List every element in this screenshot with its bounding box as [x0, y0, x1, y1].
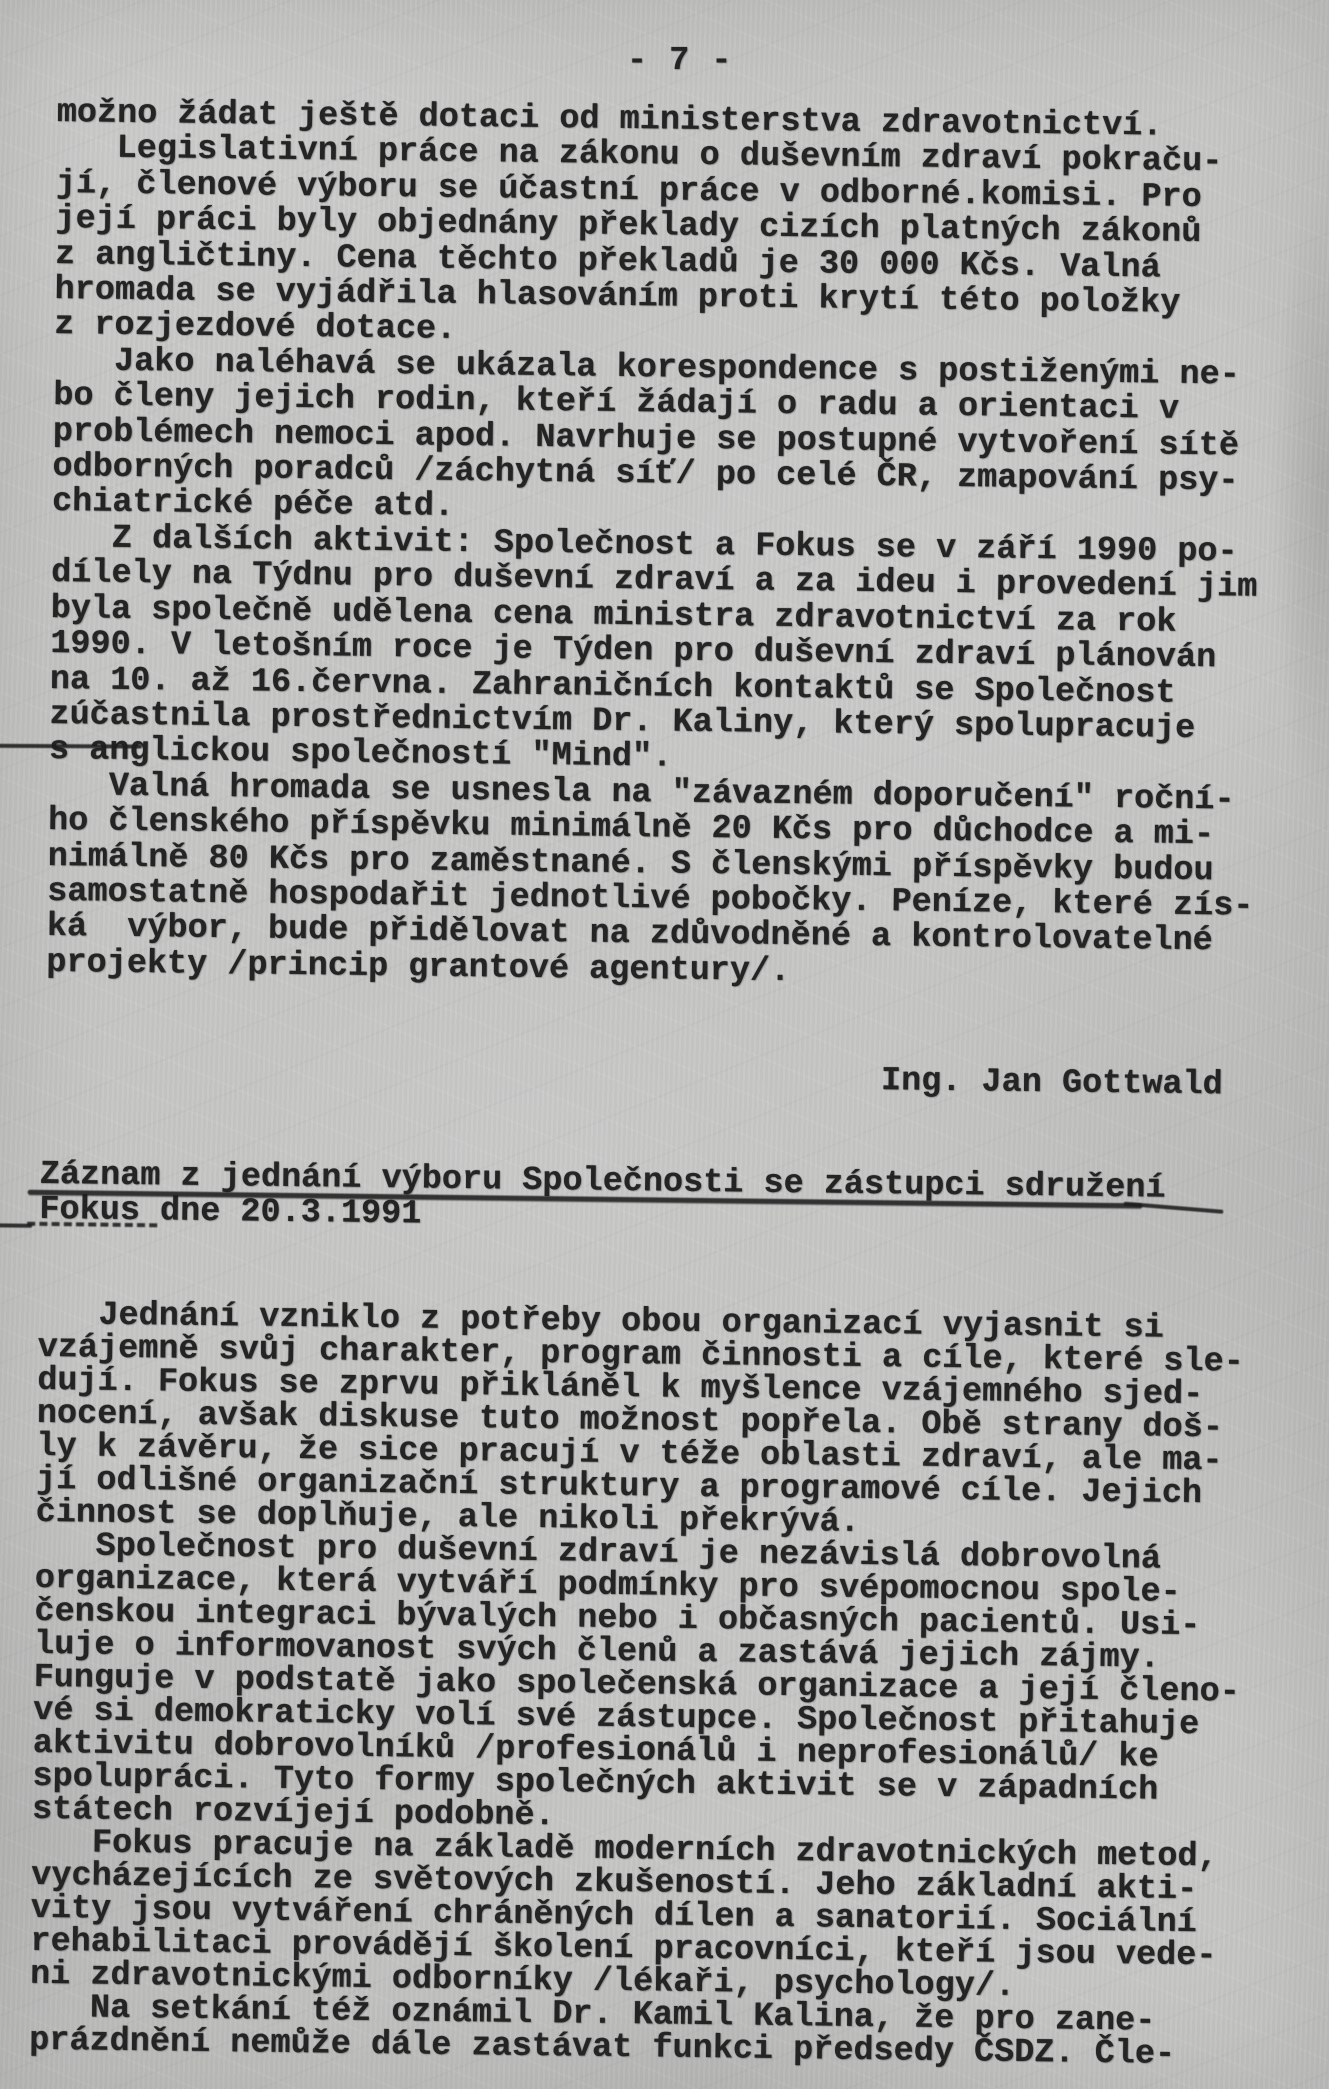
pen-strike-mark: [0, 744, 142, 749]
margin-pen-line: [0, 1223, 32, 1228]
body-text-block-1: možno žádat ještě dotaci od ministerstva…: [46, 96, 1263, 996]
body-text-block-2: Jednání vzniklo z potřeby obou organizac…: [29, 1299, 1244, 2073]
page-number: - 7 -: [627, 42, 733, 80]
signature: Ing. Jan Gottwald: [881, 1062, 1223, 1104]
document-page: - 7 - možno žádat ještě dotaci od minist…: [0, 0, 1329, 2089]
page-content: možno žádat ještě dotaci od ministerstva…: [57, 96, 1317, 111]
